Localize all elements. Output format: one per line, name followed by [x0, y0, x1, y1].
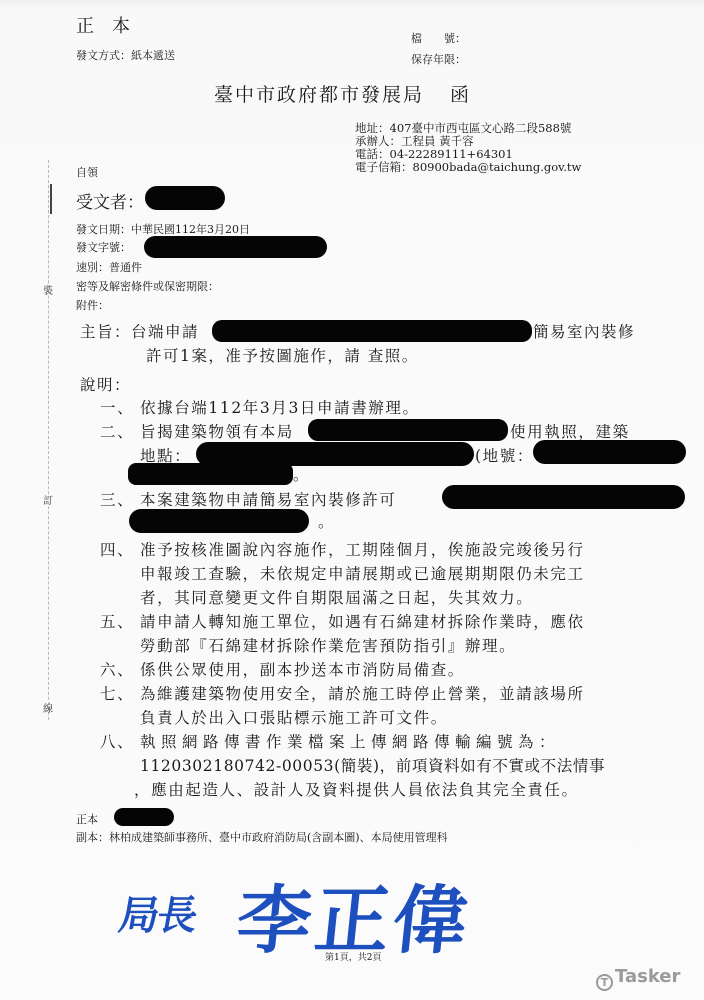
item-8-num: 八、	[100, 730, 134, 752]
file-number-label: 檔	[411, 32, 422, 45]
original-copy-mark: 正本	[76, 12, 148, 38]
item-7-line-2: 負責人於出入口張貼標示施工許可文件。	[140, 706, 448, 728]
agency-name: 臺中市政府都市發展局	[214, 84, 424, 106]
binding-bar	[50, 184, 52, 214]
classification: 密等及解密條件或保密期限：	[76, 278, 219, 294]
item-4-line-3: 者，其同意變更文件自期限屆滿之日起，失其效力。	[140, 586, 533, 608]
redaction-original-recipient	[114, 808, 174, 826]
copy-recipients: 副本：林柏成建築師事務所、臺中市政府消防局(含副本圖)、本局使用管理科	[76, 829, 448, 845]
redaction-permit-number	[442, 485, 685, 509]
item-8-line-1: 執照網路傳書作業檔案上傳網路傳輸編號為：	[140, 730, 560, 752]
item-1-line: 依據台端112年3月3日申請書辦理。	[140, 396, 420, 418]
pickup-note: 自領	[76, 164, 98, 180]
doc-number-label: 發文字號：	[76, 239, 131, 255]
attachment: 附件：	[76, 297, 109, 313]
document-type: 函	[450, 84, 471, 106]
item-2-line-a: 旨揭建築物領有本局	[140, 420, 294, 442]
item-5-num: 五、	[100, 610, 134, 632]
redaction-doc-number	[144, 236, 327, 258]
item-3-num: 三、	[100, 488, 134, 510]
item-7-num: 七、	[100, 682, 134, 704]
retention-period-field: 保存年限：	[411, 51, 466, 67]
signature-title: 局長	[115, 884, 201, 941]
speed-class: 速別：普通件	[76, 259, 142, 275]
binding-mark-zhuang: 裝	[43, 282, 53, 297]
binding-mark-xian: 線	[43, 700, 53, 715]
item-4-line-1: 准予按核准圖說內容施作，工期陸個月，俟施設完竣後另行	[140, 538, 585, 560]
document-page: 裝 訂 線 正本 發文方式：紙本遞送 檔號： 保存年限： 臺中市政府都市發展局函…	[0, 0, 704, 1000]
item-3-line-b: 。	[318, 510, 335, 532]
redaction-lot-number	[533, 440, 686, 464]
item-1-num: 一、	[100, 396, 134, 418]
item-3-line-a: 本案建築物申請簡易室內裝修許可	[140, 488, 397, 510]
watermark: TTasker	[596, 966, 680, 991]
issue-date: 發文日期：中華民國112年3月20日	[76, 221, 250, 237]
explanation-label: 說明：	[80, 373, 131, 395]
item-4-line-2: 申報竣工查驗，未依規定申請展期或已逾展期期限仍未完工	[140, 562, 585, 584]
item-7-line-1: 為維護建築物使用安全，請於施工時停止營業，並請該場所	[140, 682, 585, 704]
subject-line2: 許可1案，准予按圖施作，請 查照。	[146, 344, 419, 366]
recipient-label: 受文者：	[76, 188, 144, 213]
binding-line	[48, 160, 49, 720]
file-number-label-2: 號：	[444, 32, 466, 45]
file-number-field: 檔號：	[411, 30, 466, 46]
page-number: 第1頁，共2頁	[325, 950, 381, 963]
binding-mark-ding: 訂	[43, 492, 53, 507]
redaction-subject	[212, 320, 532, 342]
item-2-line-d: (地號：	[475, 444, 534, 466]
send-method: 發文方式：紙本遞送	[76, 47, 175, 63]
item-6-num: 六、	[100, 658, 134, 680]
document-title: 臺中市政府都市發展局函	[214, 80, 471, 107]
redaction-permit-number-cont	[129, 509, 309, 533]
contact-block: 地址：407臺中市西屯區文心路二段588號 承辦人：工程員 黃千容 電話：04-…	[355, 122, 581, 174]
item-2-line-b: 使用執照，建築	[510, 420, 630, 442]
item-2-num: 二、	[100, 420, 134, 442]
item-6-line-1: 係供公眾使用，副本抄送本市消防局備查。	[140, 658, 465, 680]
item-5-line-1: 請申請人轉知施工單位，如遇有石綿建材拆除作業時，應依	[140, 610, 585, 632]
item-2-line-e: 。	[293, 463, 310, 485]
tasker-logo-icon: T	[596, 974, 613, 991]
item-4-num: 四、	[100, 538, 134, 560]
redaction-lot-number-cont	[128, 463, 293, 485]
item-5-line-2: 勞動部『石綿建材拆除作業危害預防指引』辦理。	[140, 634, 516, 656]
original-recipient-label: 正本	[76, 811, 98, 827]
contact-email: 電子信箱：80900bada@taichung.gov.tw	[355, 161, 581, 174]
redaction-recipient	[145, 186, 225, 210]
subject-label: 主旨：台端申請	[80, 320, 199, 344]
subject-line1-tail: 簡易室內裝修	[533, 320, 635, 344]
item-8-line-3: ，應由起造人、設計人及資料提供人員依法負其完全責任。	[134, 778, 579, 800]
watermark-text: Tasker	[615, 966, 680, 987]
redaction-license	[308, 419, 508, 441]
item-8-line-2: 1120302180742-00053(簡裝)，前項資料如有不實或不法情事	[140, 754, 605, 776]
